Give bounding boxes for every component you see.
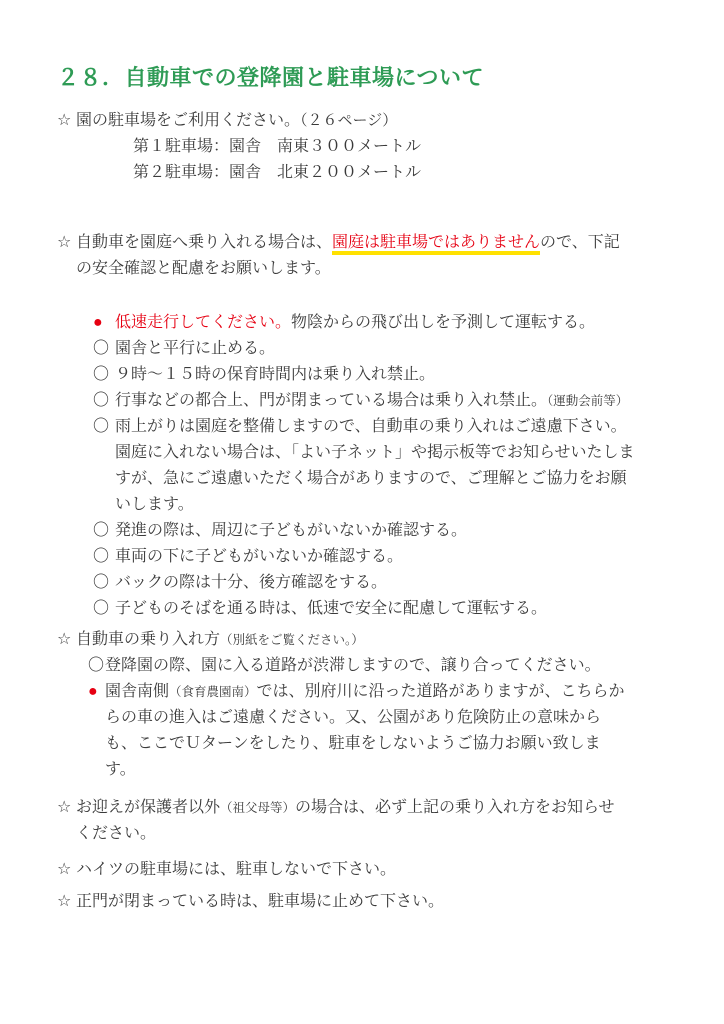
pickup-by-others-text: お迎えが保護者以外（祖父母等）の場合は、必ず上記の乗り入れ方をお知らせください。 [76, 795, 626, 847]
rule-text: 発進の際は、周辺に子どもがいないか確認する。 [115, 518, 637, 544]
rule-no-entry-hours: 〇 ９時～１５時の保育時間内は乗り入れ禁止。 [93, 362, 724, 388]
heights-parking-row: ☆ ハイツの駐車場には、駐車しないで下さい。 [57, 857, 724, 883]
star-bullet: ☆ [57, 627, 76, 653]
south-side-pre: 園舎南側 [105, 683, 169, 700]
circle-bullet: 〇 [93, 388, 115, 414]
circle-bullet: 〇 [88, 653, 105, 679]
parking-notice-text: 園の駐車場をご利用ください。（２６ページ） [76, 108, 626, 134]
main-gate-closed-row: ☆ 正門が閉まっている時は、駐車場に止めて下さい。 [57, 889, 724, 915]
rule-gate-closed: 〇 行事などの都合上、門が閉まっている場合は乗り入れ禁止。（運動会前等） [93, 388, 724, 414]
entry-method-list: 〇 登降園の際、園に入る道路が渋滞しますので、譲り合ってください。 ● 園舎南側… [88, 653, 724, 783]
rule-text: 子どものそばを通る時は、低速で安全に配慮して運転する。 [115, 596, 637, 622]
entry-method-heading-text: 自動車の乗り入れ方（別紙をご覧ください。） [76, 627, 626, 653]
rule-check-when-backing: 〇 バックの際は十分、後方確認をする。 [93, 570, 724, 596]
parking-notice-main: 園の駐車場をご利用ください。 [76, 112, 300, 129]
circle-bullet: 〇 [93, 362, 115, 388]
document-page: ２８．自動車での登降園と駐車場について ☆ 園の駐車場をご利用ください。（２６ペ… [0, 0, 724, 1024]
star-bullet: ☆ [57, 230, 76, 282]
entry-method-heading-row: ☆ 自動車の乗り入れ方（別紙をご覧ください。） [57, 627, 724, 653]
star-bullet: ☆ [57, 795, 76, 847]
star-bullet: ☆ [57, 857, 76, 883]
red-dot-bullet: ● [93, 310, 115, 336]
yard-entry-pre: 自動車を園庭へ乗り入れる場合は、 [76, 234, 332, 251]
yard-entry-notice-row: ☆ 自動車を園庭へ乗り入れる場合は、園庭は駐車場ではありませんので、下記の安全確… [57, 230, 724, 282]
rule-check-under-car: 〇 車両の下に子どもがいないか確認する。 [93, 544, 724, 570]
see-attachment-note: （別紙をご覧ください。） [220, 633, 364, 647]
parking-notice-row: ☆ 園の駐車場をご利用ください。（２６ページ） [57, 108, 724, 134]
yard-entry-notice-text: 自動車を園庭へ乗り入れる場合は、園庭は駐車場ではありませんので、下記の安全確認と… [76, 230, 626, 282]
rule-south-side-road: ● 園舎南側（食育農園南）では、別府川に沿った道路がありますが、こちらからの車の… [88, 679, 724, 783]
rule-text: 雨上がりは園庭を整備しますので、自動車の乗り入れはご遠慮下さい。園庭に入れない場… [115, 414, 637, 518]
heights-parking-text: ハイツの駐車場には、駐車しないで下さい。 [76, 857, 626, 883]
rule-yield-on-road: 〇 登降園の際、園に入る道路が渋滞しますので、譲り合ってください。 [88, 653, 724, 679]
page-ref-note: （２６ページ） [300, 112, 397, 129]
pickup-pre: お迎えが保護者以外 [76, 799, 220, 816]
rule-text: 登降園の際、園に入る道路が渋滞しますので、譲り合ってください。 [105, 653, 630, 679]
grandparents-note: （祖父母等） [220, 801, 295, 815]
slow-driving-emphasis: 低速走行してください。 [115, 314, 291, 331]
gate-closed-main: 行事などの都合上、門が閉まっている場合は乗り入れ禁止。 [115, 392, 547, 409]
circle-bullet: 〇 [93, 518, 115, 544]
main-gate-closed-text: 正門が閉まっている時は、駐車場に止めて下さい。 [76, 889, 626, 915]
parking-lot-2: 第２駐車場：園舎 北東２００メートル [133, 160, 724, 186]
farm-south-note: （食育農園南） [169, 685, 257, 699]
rule-text: 園舎と平行に止める。 [115, 336, 637, 362]
rule-text: 園舎南側（食育農園南）では、別府川に沿った道路がありますが、こちらからの車の進入… [105, 679, 630, 783]
circle-bullet: 〇 [93, 596, 115, 622]
rule-text: 行事などの都合上、門が閉まっている場合は乗り入れ禁止。（運動会前等） [115, 388, 637, 414]
rule-check-before-start: 〇 発進の際は、周辺に子どもがいないか確認する。 [93, 518, 724, 544]
rule-park-parallel: 〇 園舎と平行に止める。 [93, 336, 724, 362]
red-dot-bullet: ● [88, 679, 105, 783]
circle-bullet: 〇 [93, 544, 115, 570]
parking-lot-1: 第１駐車場：園舎 南東３００メートル [133, 134, 724, 160]
page-title: ２８．自動車での登降園と駐車場について [0, 0, 724, 93]
circle-bullet: 〇 [93, 336, 115, 362]
rule-slow-driving: ● 低速走行してください。物陰からの飛び出しを予測して運転する。 [93, 310, 724, 336]
star-bullet: ☆ [57, 889, 76, 915]
circle-bullet: 〇 [93, 570, 115, 596]
entry-method-title: 自動車の乗り入れ方 [76, 631, 220, 648]
rule-after-rain: 〇 雨上がりは園庭を整備しますので、自動車の乗り入れはご遠慮下さい。園庭に入れな… [93, 414, 724, 518]
star-bullet: ☆ [57, 108, 76, 134]
slow-driving-detail: 物陰からの飛び出しを予測して運転する。 [291, 314, 595, 331]
pickup-by-others-row: ☆ お迎えが保護者以外（祖父母等）の場合は、必ず上記の乗り入れ方をお知らせくださ… [57, 795, 724, 847]
rule-text: ９時～１５時の保育時間内は乗り入れ禁止。 [115, 362, 637, 388]
rule-text: 低速走行してください。物陰からの飛び出しを予測して運転する。 [115, 310, 637, 336]
not-parking-highlight: 園庭は駐車場ではありません [332, 234, 540, 255]
rule-pass-children-slowly: 〇 子どものそばを通る時は、低速で安全に配慮して運転する。 [93, 596, 724, 622]
rule-text: 車両の下に子どもがいないか確認する。 [115, 544, 637, 570]
sports-day-note: （運動会前等） [547, 394, 628, 408]
rule-text: バックの際は十分、後方確認をする。 [115, 570, 637, 596]
safety-rules-list: ● 低速走行してください。物陰からの飛び出しを予測して運転する。 〇 園舎と平行… [93, 310, 724, 622]
circle-bullet: 〇 [93, 414, 115, 518]
